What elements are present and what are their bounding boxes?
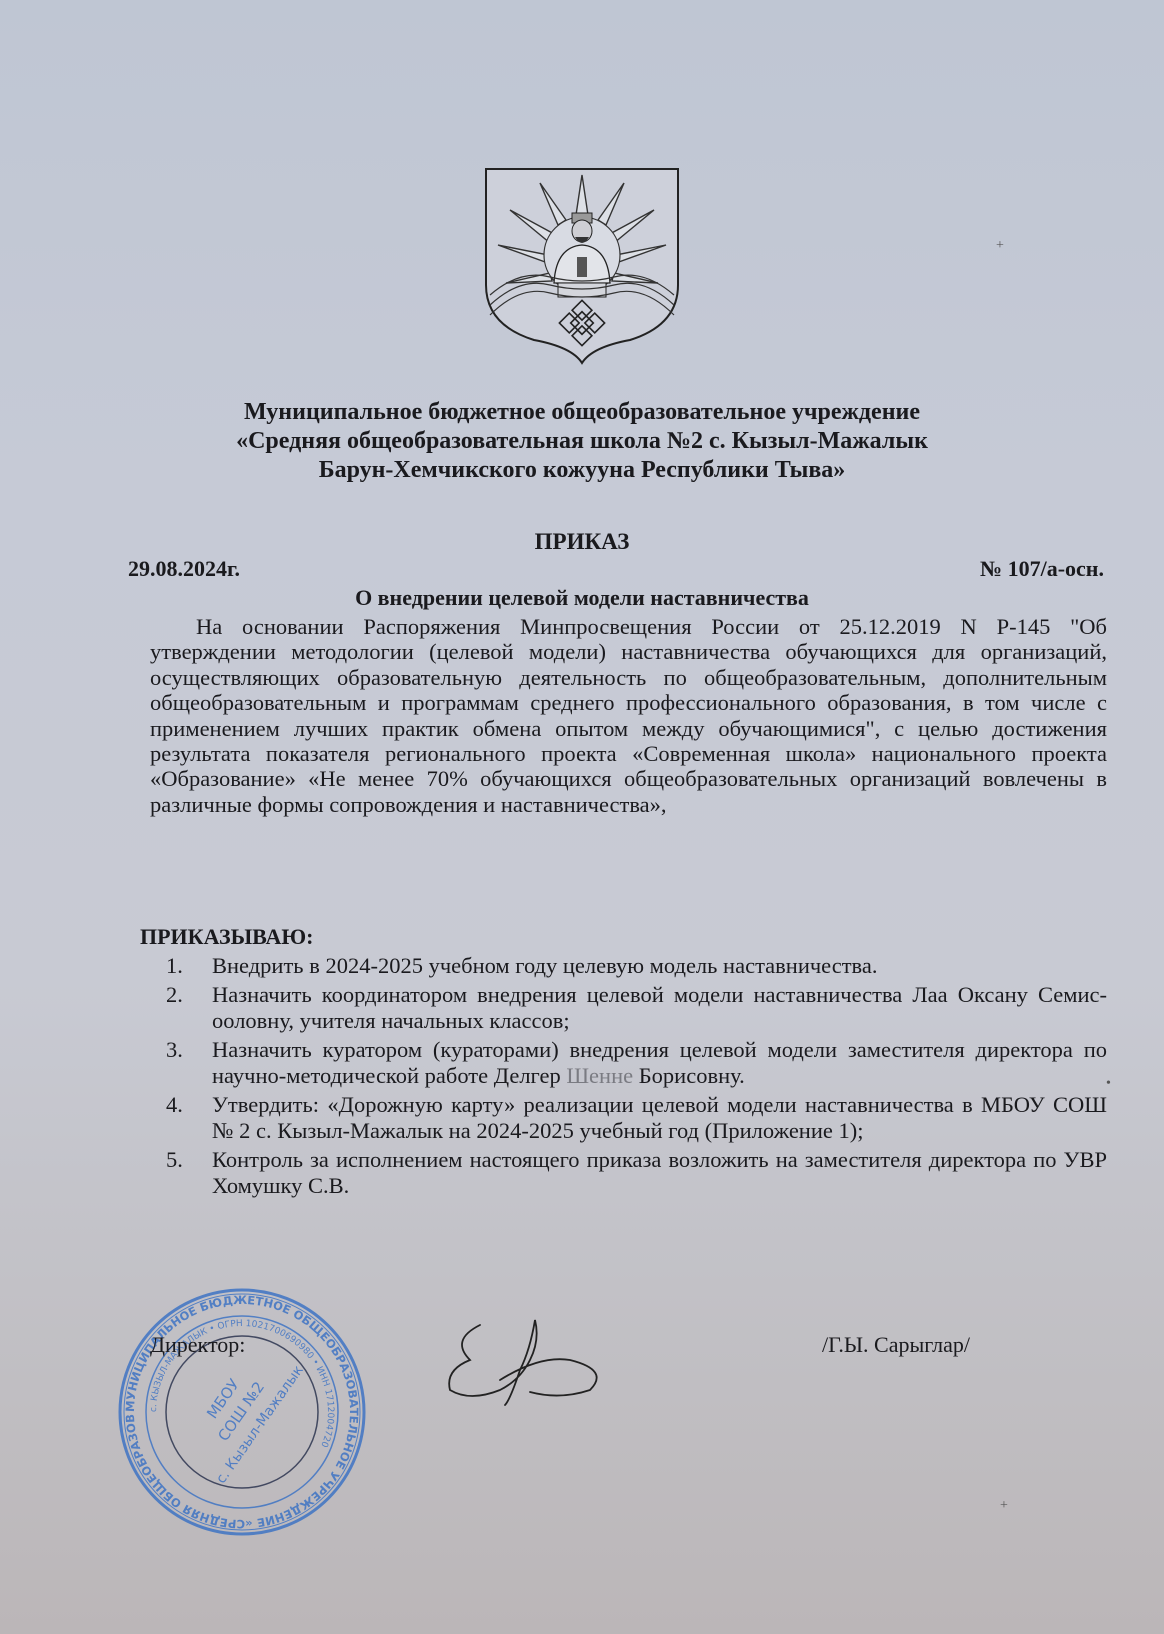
order-items-list: 1. Внедрить в 2024-2025 учебном году цел… bbox=[160, 953, 1107, 1202]
organization-line-3: Барун-Хемчикского кожууна Республики Тыв… bbox=[0, 456, 1164, 485]
document-page: Муниципальное бюджетное общеобразователь… bbox=[0, 0, 1164, 1634]
order-item: 2. Назначить координатором внедрения цел… bbox=[160, 982, 1107, 1034]
order-title: ПРИКАЗ bbox=[0, 529, 1164, 555]
order-date: 29.08.2024г. bbox=[128, 556, 240, 582]
official-stamp-icon: МУНИЦИПАЛЬНОЕ БЮДЖЕТНОЕ ОБЩЕОБРАЗОВАТЕЛЬ… bbox=[112, 1282, 372, 1542]
item-number: 1. bbox=[166, 953, 183, 979]
paper-mark: + bbox=[996, 238, 1004, 254]
signature-icon bbox=[440, 1310, 620, 1410]
preamble-paragraph: На основании Распоряжения Минпросвещения… bbox=[150, 614, 1107, 817]
item-number: 5. bbox=[166, 1147, 183, 1173]
order-item: 4. Утвердить: «Дорожную карту» реализаци… bbox=[160, 1092, 1107, 1144]
organization-line-1: Муниципальное бюджетное общеобразователь… bbox=[0, 398, 1164, 427]
order-item: 3. Назначить куратором (кураторами) внед… bbox=[160, 1037, 1107, 1089]
item-text: Назначить координатором внедрения целево… bbox=[212, 982, 1107, 1033]
paper-mark: + bbox=[1000, 1498, 1008, 1514]
paper-mark: • bbox=[1106, 1076, 1111, 1092]
item-number: 2. bbox=[166, 982, 183, 1008]
signer-role: Директор: bbox=[150, 1332, 245, 1358]
directive-word: ПРИКАЗЫВАЮ: bbox=[140, 924, 313, 950]
order-item: 1. Внедрить в 2024-2025 учебном году цел… bbox=[160, 953, 1107, 979]
order-number: № 107/а-осн. bbox=[980, 556, 1104, 582]
preamble-text: На основании Распоряжения Минпросвещения… bbox=[150, 614, 1107, 817]
item-number: 4. bbox=[166, 1092, 183, 1118]
order-item: 5. Контроль за исполнением настоящего пр… bbox=[160, 1147, 1107, 1199]
item-text: Утвердить: «Дорожную карту» реализации ц… bbox=[212, 1092, 1107, 1143]
organization-header: Муниципальное бюджетное общеобразователь… bbox=[0, 398, 1164, 485]
coat-of-arms-icon bbox=[480, 165, 684, 365]
item-text-faded: Шенне bbox=[561, 1063, 633, 1088]
item-text: Контроль за исполнением настоящего прика… bbox=[212, 1147, 1107, 1198]
signer-name: /Г.Ы. Сарыглар/ bbox=[822, 1332, 970, 1358]
item-number: 3. bbox=[166, 1037, 183, 1063]
order-subject: О внедрении целевой модели наставничеств… bbox=[0, 585, 1164, 611]
item-text-end: Борисовну. bbox=[633, 1063, 745, 1088]
organization-line-2: «Средняя общеобразовательная школа №2 с.… bbox=[0, 427, 1164, 456]
item-text: Внедрить в 2024-2025 учебном году целеву… bbox=[212, 953, 878, 978]
